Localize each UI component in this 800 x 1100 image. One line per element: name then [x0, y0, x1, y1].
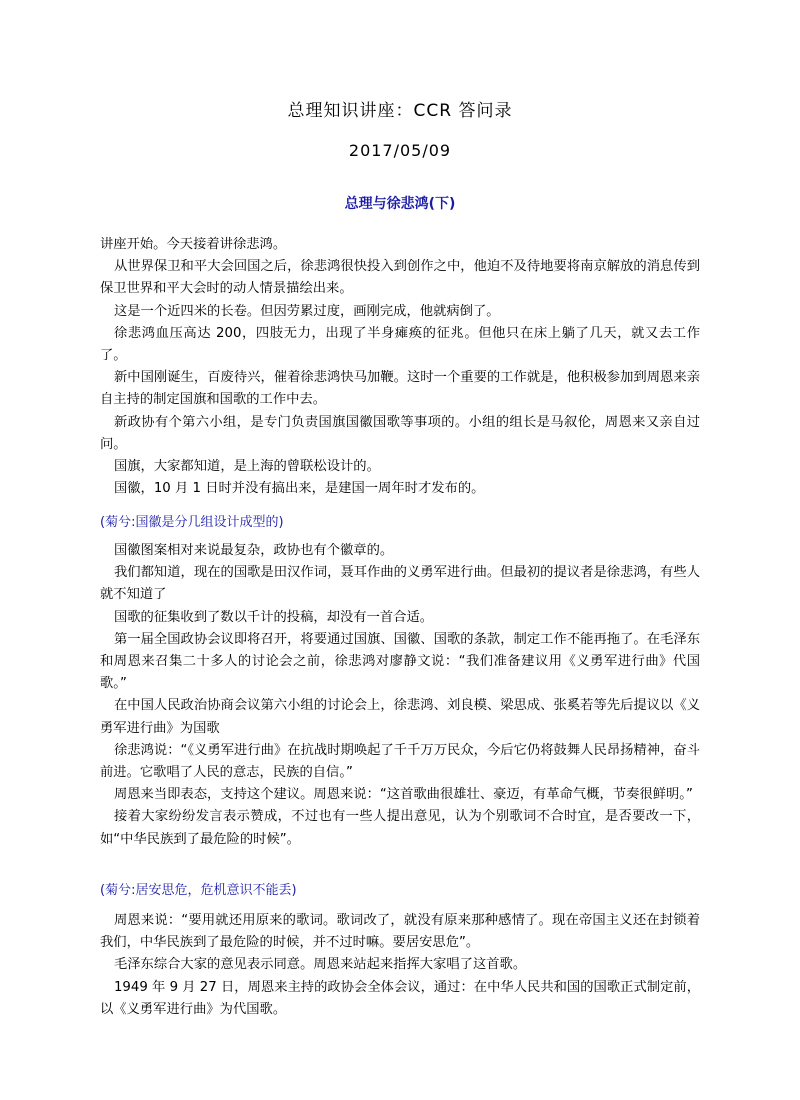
editor-note: (菊兮:居安思危，危机意识不能丢) [100, 879, 297, 898]
paragraph: 国徽，10 月 1 日时并没有搞出来，是建国一周年时才发布的。 [100, 478, 700, 500]
paragraph: 我们都知道，现在的国歌是田汉作词，聂耳作曲的义勇军进行曲。但最初的提议者是徐悲鸿… [100, 562, 700, 606]
section-subtitle: 总理与徐悲鸿(下) [100, 193, 700, 213]
paragraph: 国歌的征集收到了数以千计的投稿，却没有一首合适。 [100, 607, 700, 629]
paragraph: 1949 年 9 月 27 日，周恩来主持的政协会全体会议，通过：在中华人民共和… [100, 977, 700, 1021]
paragraph: 国旗，大家都知道，是上海的曾联松设计的。 [100, 456, 700, 478]
editor-note: (菊兮:国徽是分几组设计成型的) [100, 511, 284, 530]
paragraph: 毛泽东综合大家的意见表示同意。周恩来站起来指挥大家唱了这首歌。 [100, 954, 700, 976]
paragraph: 徐悲鸿血压高达 200，四肢无力，出现了半身瘫痪的征兆。但他只在床上躺了几天，就… [100, 323, 700, 367]
paragraph: 在中国人民政治协商会议第六小组的讨论会上，徐悲鸿、刘良模、梁思成、张奚若等先后提… [100, 695, 700, 739]
paragraph: 接着大家纷纷发言表示赞成，不过也有一些人提出意见，认为个别歌词不合时宜，是否要改… [100, 806, 700, 850]
paragraph: 徐悲鸿说：“《义勇军进行曲》在抗战时期唤起了千千万万民众，今后它仍将鼓舞人民昂扬… [100, 740, 700, 784]
body-section-1: 讲座开始。今天接着讲徐悲鸿。 从世界保卫和平大会回国之后，徐悲鸿很快投入到创作之… [100, 234, 700, 500]
document-date: 2017/05/09 [100, 141, 700, 160]
document-title: 总理知识讲座：CCR 答问录 [100, 96, 700, 121]
paragraph: 新中国刚诞生，百废待兴，催着徐悲鸿快马加鞭。这时一个重要的工作就是，他积极参加到… [100, 367, 700, 411]
paragraph: 讲座开始。今天接着讲徐悲鸿。 [100, 234, 700, 256]
paragraph: 第一届全国政协会议即将召开，将要通过国旗、国徽、国歌的条款，制定工作不能再拖了。… [100, 629, 700, 696]
paragraph: 这是一个近四米的长卷。但因劳累过度，画刚完成，他就病倒了。 [100, 301, 700, 323]
paragraph: 国徽图案相对来说最复杂，政协也有个徽章的。 [100, 540, 700, 562]
body-section-3: 周恩来说：“要用就还用原来的歌词。歌词改了，就没有原来那种感情了。现在帝国主义还… [100, 910, 700, 1021]
paragraph: 新政协有个第六小组，是专门负责国旗国徽国歌等事项的。小组的组长是马叙伦，周恩来又… [100, 412, 700, 456]
paragraph: 从世界保卫和平大会回国之后，徐悲鸿很快投入到创作之中，他迫不及待地要将南京解放的… [100, 256, 700, 300]
paragraph: 周恩来当即表态，支持这个建议。周恩来说：“这首歌曲很雄壮、豪迈，有革命气概，节奏… [100, 784, 700, 806]
paragraph: 周恩来说：“要用就还用原来的歌词。歌词改了，就没有原来那种感情了。现在帝国主义还… [100, 910, 700, 954]
body-section-2: 国徽图案相对来说最复杂，政协也有个徽章的。 我们都知道，现在的国歌是田汉作词，聂… [100, 540, 700, 851]
